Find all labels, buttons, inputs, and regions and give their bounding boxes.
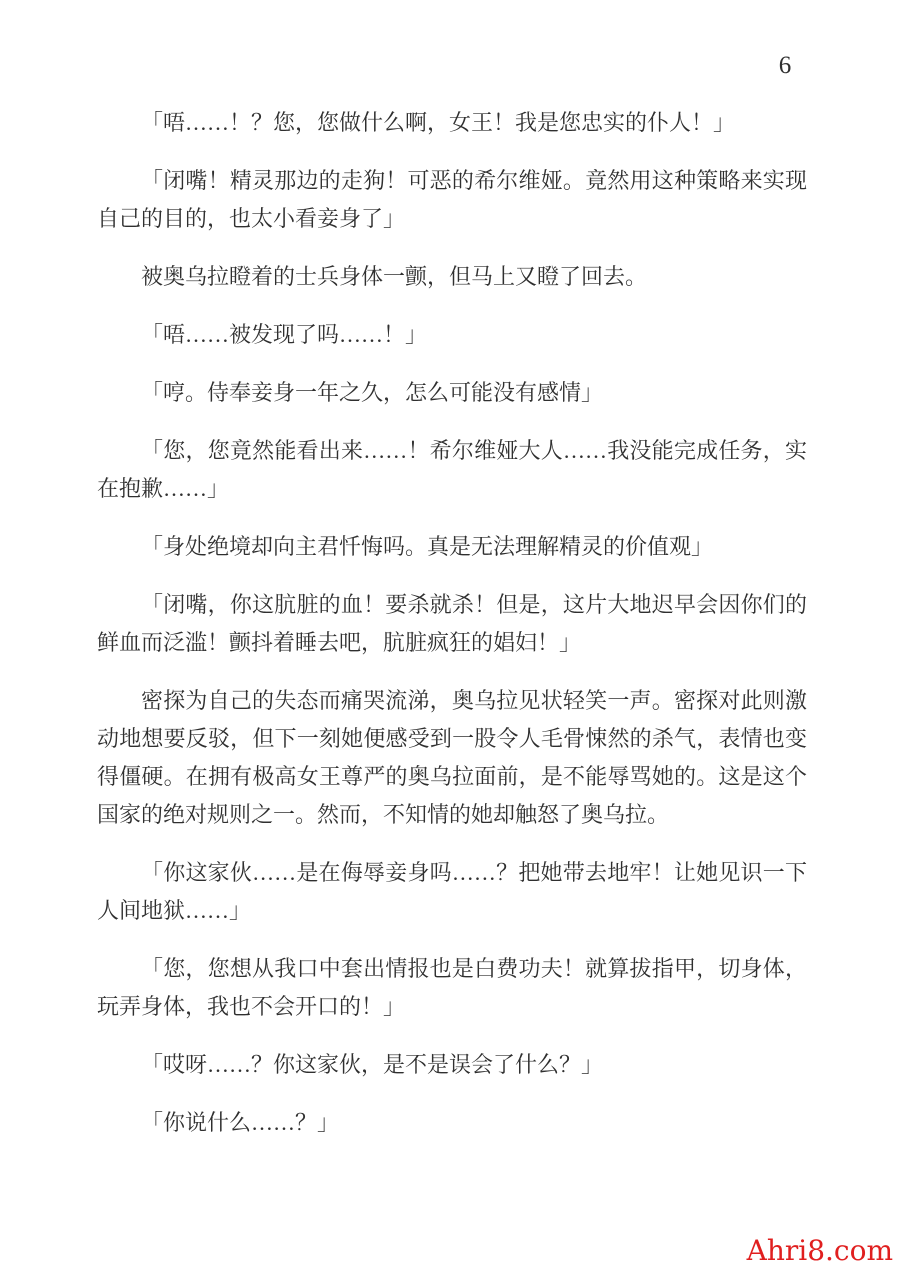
paragraph: 「您，您想从我口中套出情报也是白费功夫！就算拔指甲，切身体，玩弄身体，我也不会开…	[97, 950, 807, 1026]
paragraph: 「闭嘴，你这肮脏的血！要杀就杀！但是，这片大地迟早会因你们的鲜血而泛滥！颤抖着睡…	[97, 586, 807, 662]
watermark: Ahri8.com	[747, 1234, 893, 1267]
paragraph: 「哼。侍奉妾身一年之久，怎么可能没有感情」	[97, 374, 807, 412]
paragraph: 「您，您竟然能看出来……！希尔维娅大人……我没能完成任务，实在抱歉……」	[97, 432, 807, 508]
paragraph: 「你说什么……？」	[97, 1104, 807, 1142]
paragraph: 密探为自己的失态而痛哭流涕，奥乌拉见状轻笑一声。密探对此则激动地想要反驳，但下一…	[97, 682, 807, 834]
paragraph: 「身处绝境却向主君忏悔吗。真是无法理解精灵的价值观」	[97, 528, 807, 566]
paragraph: 「唔……被发现了吗……！」	[97, 316, 807, 354]
page-number: 6	[770, 52, 800, 80]
paragraph: 「你这家伙……是在侮辱妾身吗……？把她带去地牢！让她见识一下人间地狱……」	[97, 854, 807, 930]
paragraph: 「闭嘴！精灵那边的走狗！可恶的希尔维娅。竟然用这种策略来实现自己的目的，也太小看…	[97, 162, 807, 238]
text-body: 「唔……！？您，您做什么啊，女王！我是您忠实的仆人！」 「闭嘴！精灵那边的走狗！…	[97, 104, 807, 1162]
paragraph: 被奥乌拉瞪着的士兵身体一颤，但马上又瞪了回去。	[97, 258, 807, 296]
paragraph: 「哎呀……？你这家伙，是不是误会了什么？」	[97, 1046, 807, 1084]
paragraph: 「唔……！？您，您做什么啊，女王！我是您忠实的仆人！」	[97, 104, 807, 142]
document-page: 6 「唔……！？您，您做什么啊，女王！我是您忠实的仆人！」 「闭嘴！精灵那边的走…	[0, 0, 900, 1273]
